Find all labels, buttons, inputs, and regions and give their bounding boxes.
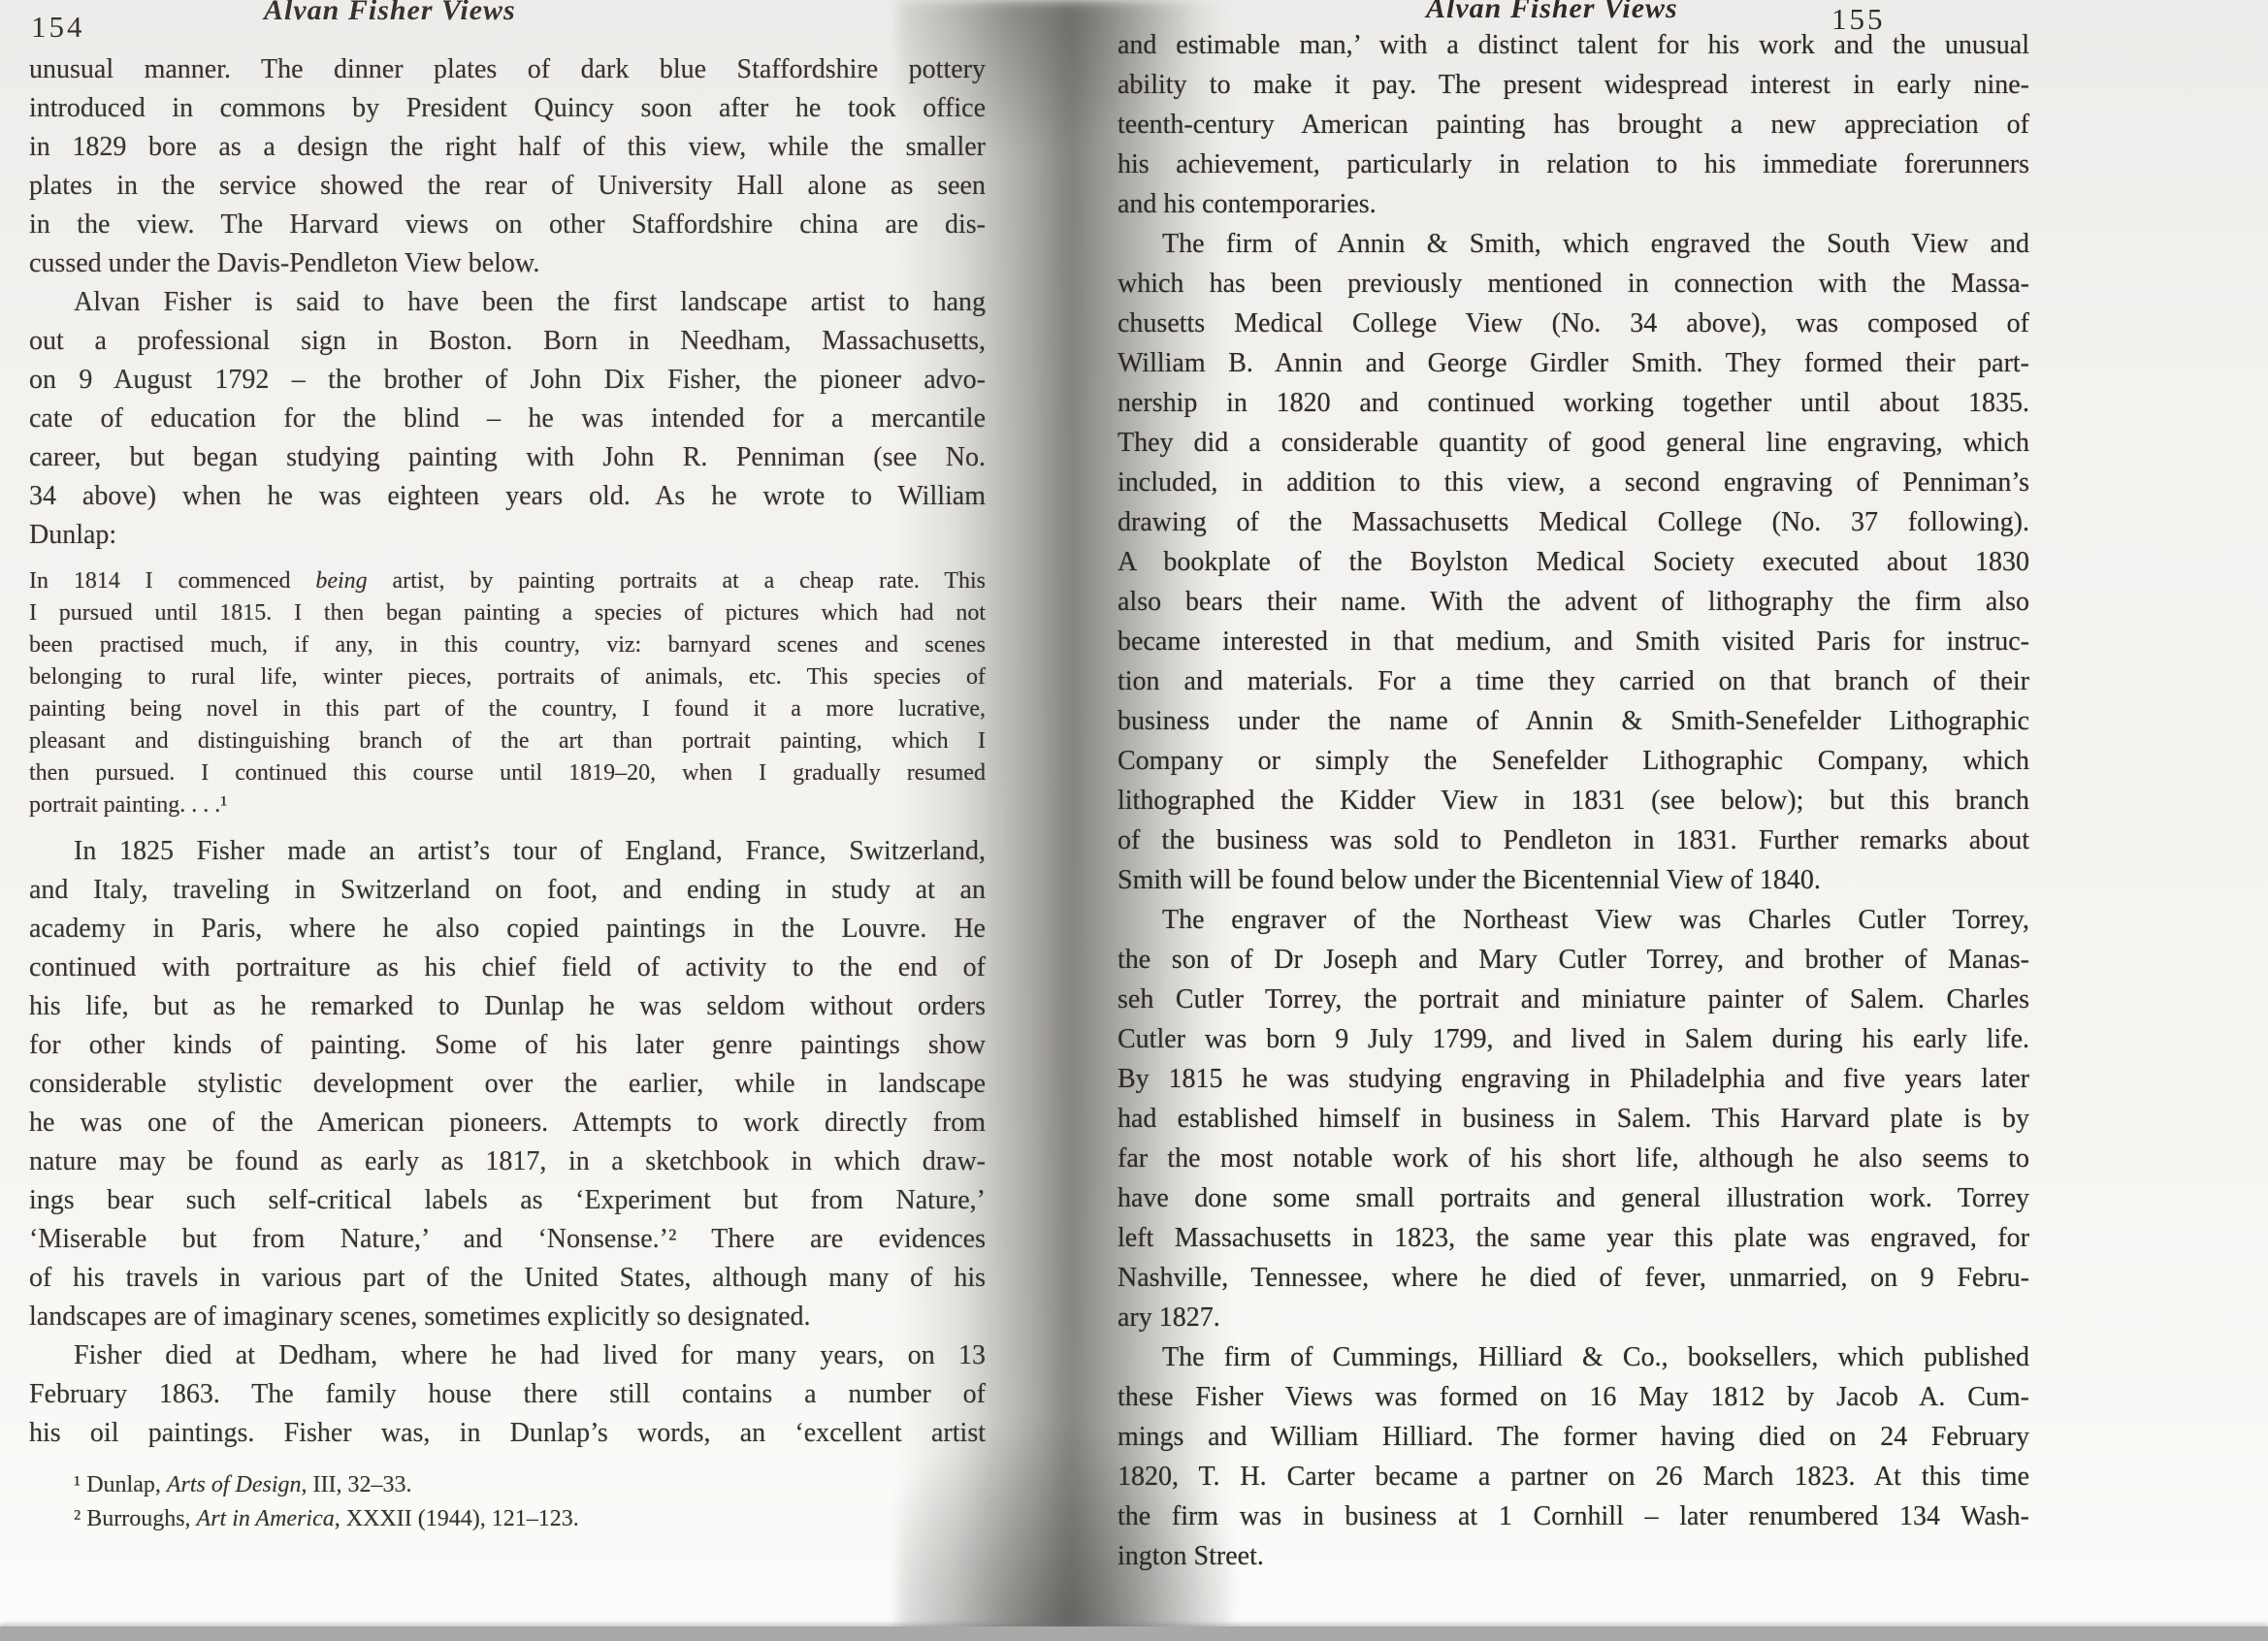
text-line: in the view. The Harvard views on other … [29,206,986,244]
text-line: They did a considerable quantity of good… [1118,423,2029,463]
text-line: career, but began studying painting with… [29,438,986,477]
text-line: Dunlap: [29,516,986,555]
text-line: chusetts Medical College View (No. 34 ab… [1118,304,2029,343]
text-line: By 1815 he was studying engraving in Phi… [1118,1059,2029,1099]
text-line: Smith will be found below under the Bice… [1118,860,2029,900]
text-line: 34 above) when he was eighteen years old… [29,477,986,516]
text-line: seh Cutler Torrey, the portrait and mini… [1118,980,2029,1019]
block-quote: In 1814 I commenced being artist, by pai… [29,565,986,821]
page-number-left: 154 [31,10,85,45]
text-line: these Fisher Views was formed on 16 May … [1118,1377,2029,1417]
footnote: ¹ Dunlap, Arts of Design, III, 32–33. [74,1468,976,1502]
text-line: In 1825 Fisher made an artist’s tour of … [29,832,986,871]
paragraph: unusual manner. The dinner plates of dar… [29,50,986,283]
text-line: teenth-century American painting has bro… [1118,105,2029,145]
text-line: drawing of the Massachusetts Medical Col… [1118,502,2029,542]
running-title-left: Alvan Fisher Views [264,0,516,27]
text-line: Fisher died at Dedham, where he had live… [29,1336,986,1375]
text-line: I pursued until 1815. I then began paint… [29,597,986,629]
text-line: nature may be found as early as 1817, in… [29,1142,986,1181]
text-line: the son of Dr Joseph and Mary Cutler Tor… [1118,940,2029,980]
text-line: Company or simply the Senefelder Lithogr… [1118,741,2029,781]
paragraph: The firm of Annin & Smith, which engrave… [1118,224,2029,900]
footnote: ² Burroughs, Art in America, XXXII (1944… [74,1502,976,1536]
text-line: continued with portraiture as his chief … [29,949,986,987]
text-line: ington Street. [1118,1536,2029,1576]
text-line: ings bear such self-critical labels as ‘… [29,1181,986,1220]
right-page: Alvan Fisher Views 155 and estimable man… [1118,0,2029,1641]
text-line: ability to make it pay. The present wide… [1118,65,2029,105]
text-line: been practised much, if any, in this cou… [29,629,986,661]
paragraph: The engraver of the Northeast View was C… [1118,900,2029,1337]
running-title-right: Alvan Fisher Views [1426,0,1678,25]
text-line: cate of education for the blind – he was… [29,400,986,438]
text-line: plates in the service showed the rear of… [29,167,986,206]
text-line: and estimable man,’ with a distinct tale… [1118,25,2029,65]
text-line: his achievement, particularly in relatio… [1118,145,2029,184]
paragraph: Fisher died at Dedham, where he had live… [29,1336,986,1453]
text-line: he was one of the American pioneers. Att… [29,1104,986,1142]
text-line: have done some small portraits and gener… [1118,1178,2029,1218]
left-page: 154 Alvan Fisher Views unusual manner. T… [29,0,986,1641]
text-line: became interested in that medium, and Sm… [1118,622,2029,661]
text-line: portrait painting. . . .¹ [29,789,986,821]
paragraph: In 1825 Fisher made an artist’s tour of … [29,832,986,1336]
text-line: left Massachusetts in 1823, the same yea… [1118,1218,2029,1258]
scanner-edge-strip [0,1626,2268,1641]
paragraph: and estimable man,’ with a distinct tale… [1118,25,2029,224]
text-line: ‘Miserable but from Nature,’ and ‘Nonsen… [29,1220,986,1259]
text-line: lithographed the Kidder View in 1831 (se… [1118,781,2029,820]
text-line: landscapes are of imaginary scenes, some… [29,1298,986,1336]
text-line: cussed under the Davis-Pendleton View be… [29,244,986,283]
text-line: ary 1827. [1118,1298,2029,1337]
text-line: mings and William Hilliard. The former h… [1118,1417,2029,1457]
text-line: A bookplate of the Boylston Medical Soci… [1118,542,2029,582]
text-line: which has been previously mentioned in c… [1118,264,2029,304]
right-page-body: and estimable man,’ with a distinct tale… [1118,25,2029,1576]
text-line: and his contemporaries. [1118,184,2029,224]
text-line: the firm was in business at 1 Cornhill –… [1118,1496,2029,1536]
footnotes: ¹ Dunlap, Arts of Design, III, 32–33.² B… [74,1468,976,1536]
text-line: of the business was sold to Pendleton in… [1118,820,2029,860]
book-scan: 154 Alvan Fisher Views unusual manner. T… [0,0,2268,1641]
text-line: out a professional sign in Boston. Born … [29,322,986,361]
text-line: belonging to rural life, winter pieces, … [29,661,986,693]
text-line: The firm of Annin & Smith, which engrave… [1118,224,2029,264]
text-line: painting being novel in this part of the… [29,693,986,725]
text-line: Alvan Fisher is said to have been the fi… [29,283,986,322]
text-line: then pursued. I continued this course un… [29,757,986,789]
text-line: 1820, T. H. Carter became a partner on 2… [1118,1457,2029,1496]
text-line: had established himself in business in S… [1118,1099,2029,1139]
text-line: considerable stylistic development over … [29,1065,986,1104]
text-line: pleasant and distinguishing branch of th… [29,725,986,757]
text-line: William B. Annin and George Girdler Smit… [1118,343,2029,383]
left-page-body: unusual manner. The dinner plates of dar… [29,50,986,1453]
text-line: Cutler was born 9 July 1799, and lived i… [1118,1019,2029,1059]
text-line: of his travels in various part of the Un… [29,1259,986,1298]
text-line: February 1863. The family house there st… [29,1375,986,1414]
text-line: his oil paintings. Fisher was, in Dunlap… [29,1414,986,1453]
text-line: nership in 1820 and continued working to… [1118,383,2029,423]
paragraph: The firm of Cummings, Hilliard & Co., bo… [1118,1337,2029,1576]
text-line: and Italy, traveling in Switzerland on f… [29,871,986,910]
text-line: his life, but as he remarked to Dunlap h… [29,987,986,1026]
text-line: academy in Paris, where he also copied p… [29,910,986,949]
text-line: in 1829 bore as a design the right half … [29,128,986,167]
text-line: The engraver of the Northeast View was C… [1118,900,2029,940]
text-line: included, in addition to this view, a se… [1118,463,2029,502]
paragraph: Alvan Fisher is said to have been the fi… [29,283,986,555]
text-line: also bears their name. With the advent o… [1118,582,2029,622]
text-line: introduced in commons by President Quinc… [29,89,986,128]
text-line: Nashville, Tennessee, where he died of f… [1118,1258,2029,1298]
text-line: The firm of Cummings, Hilliard & Co., bo… [1118,1337,2029,1377]
text-line: tion and materials. For a time they carr… [1118,661,2029,701]
text-line: unusual manner. The dinner plates of dar… [29,50,986,89]
text-line: on 9 August 1792 – the brother of John D… [29,361,986,400]
text-line: for other kinds of painting. Some of his… [29,1026,986,1065]
text-line: far the most notable work of his short l… [1118,1139,2029,1178]
text-line: business under the name of Annin & Smith… [1118,701,2029,741]
text-line: In 1814 I commenced being artist, by pai… [29,565,986,597]
